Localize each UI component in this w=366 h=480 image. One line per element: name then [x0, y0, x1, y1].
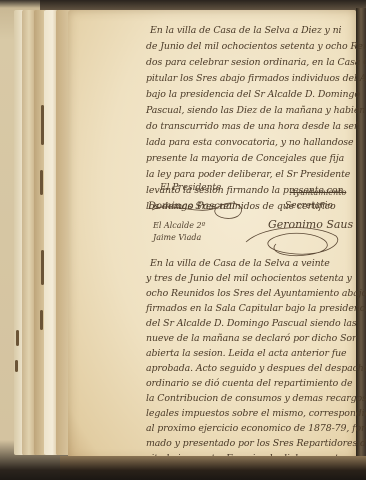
text-line: al proximo ejercicio economico de 1878-7… — [146, 423, 365, 434]
page-tear — [16, 330, 19, 346]
page-tear — [40, 310, 43, 330]
photo-background: En la villa de Casa de la Selva a Diez y… — [0, 0, 366, 480]
text-line: presente la mayoria de Concejales que fi… — [146, 153, 344, 164]
alcalde-signature: Jaime Viada — [153, 233, 201, 242]
bottom-shadow — [60, 456, 366, 480]
text-line: mado y presentado por los Sres Repartido… — [146, 438, 366, 449]
text-line: ordinario se dió cuenta del repartimient… — [146, 378, 352, 389]
text-line: de Junio del mil ochocientos setenta y o… — [146, 41, 366, 52]
struck-word: Ayuntamiento — [290, 188, 346, 197]
text-line: bajo la presidencia del Sr Alcalde D. Do… — [146, 89, 360, 100]
president-title: El Presidente — [160, 183, 221, 193]
president-flourish — [150, 196, 250, 224]
text-line: do transcurrido mas de una hora desde la… — [146, 121, 360, 132]
text-line: En la villa de Casa de la Selva a veinte — [150, 258, 330, 269]
text-line: la Contribucion de consumos y demas reca… — [146, 393, 366, 404]
page-tear — [40, 170, 43, 195]
text-line: lada para esta convocatoria, y no hallan… — [146, 137, 353, 148]
text-line: la ley para poder deliberar, el Sr Presi… — [146, 169, 350, 180]
page-tear — [15, 360, 18, 372]
text-line: firmados en la Sala Capitular bajo la pr… — [146, 303, 366, 314]
text-line: En la villa de Casa de la Selva a Diez y… — [150, 25, 341, 36]
text-line: Pascual, siendo las Diez de la mañana y … — [146, 105, 365, 116]
text-line: pitular los Sres abajo firmados individu… — [146, 73, 366, 84]
text-line: y tres de Junio del mil ochocientos sete… — [146, 273, 352, 284]
text-line: aprobada. Acto seguido y despues del des… — [146, 363, 366, 374]
secretary-title: Secretario — [285, 201, 333, 211]
text-line: abierta la sesion. Leida el acta anterio… — [146, 348, 346, 359]
text-line: dos para celebrar sesion ordinaria, en l… — [146, 57, 366, 68]
page-tear — [41, 105, 44, 145]
stacked-page-edges — [14, 10, 74, 455]
page-tear — [41, 250, 44, 285]
text-line: del Sr Alcalde D. Domingo Pascual siendo… — [146, 318, 357, 329]
secretary-flourish — [236, 222, 346, 262]
text-line: legales impuestos sobre el mismo, corres… — [146, 408, 366, 419]
text-line: nueve de la mañana se declaró por dicho … — [146, 333, 356, 344]
text-line: ocho Reunidos los Sres del Ayuntamiento … — [146, 288, 366, 299]
